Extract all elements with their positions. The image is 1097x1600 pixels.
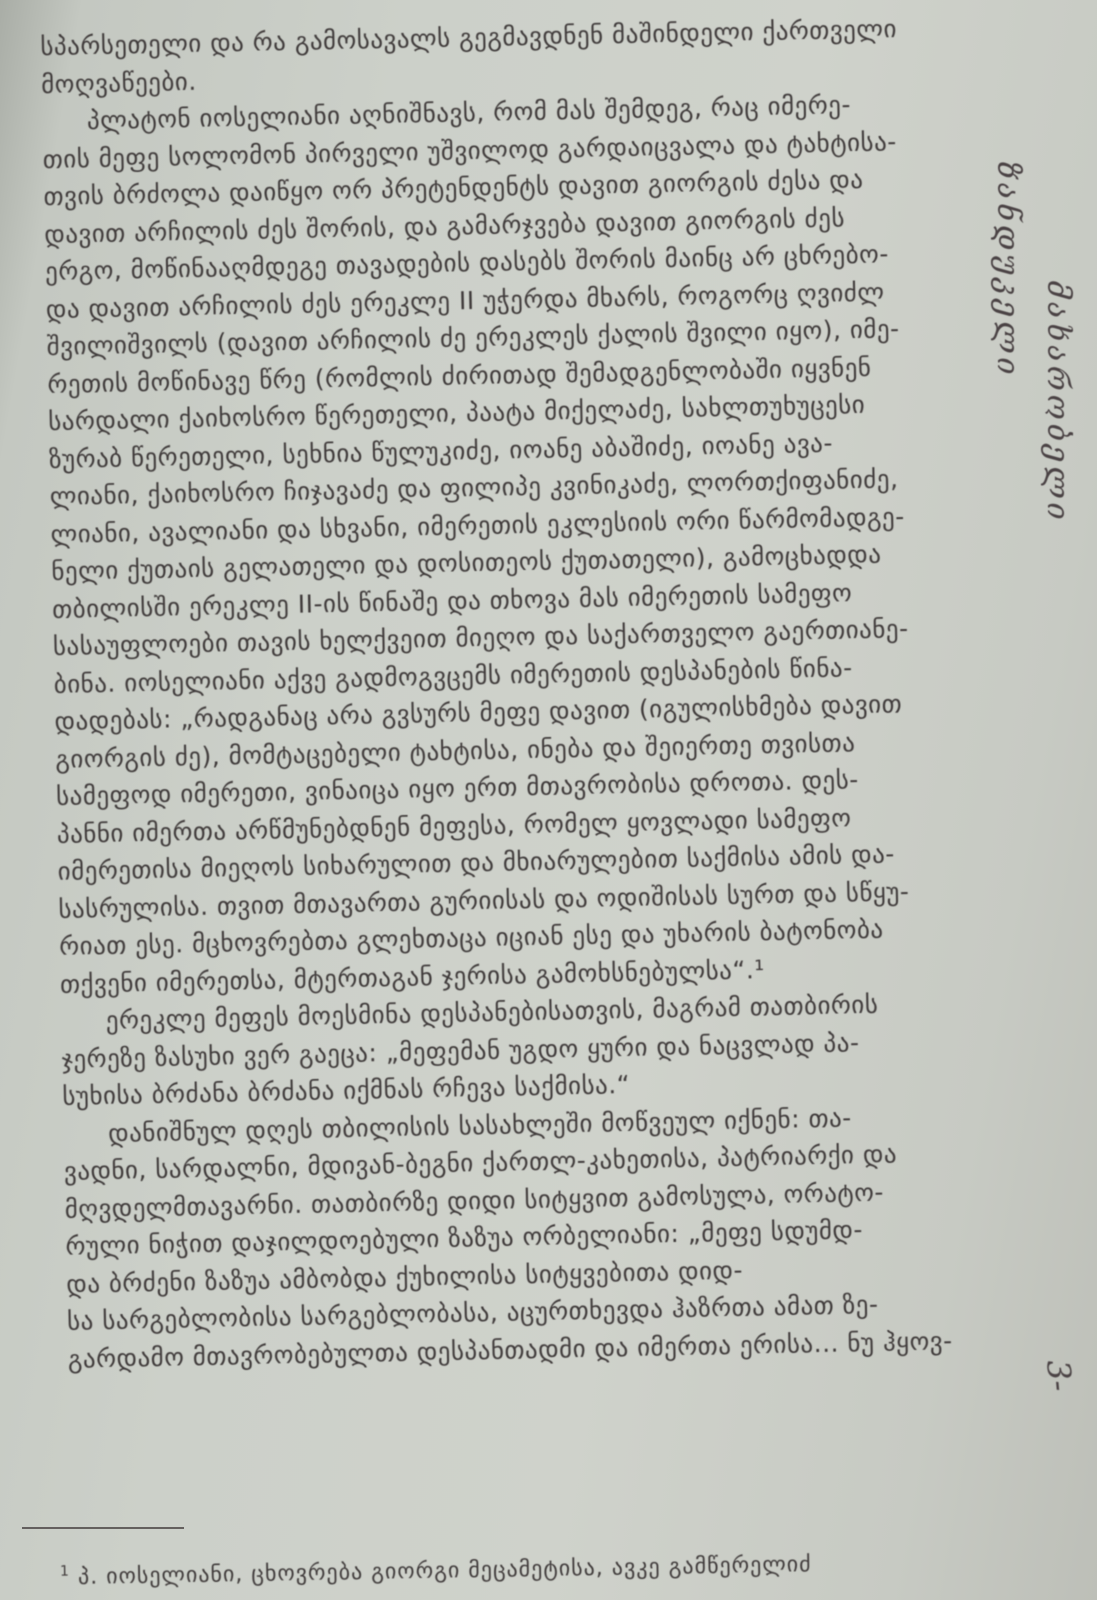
document-page: სპარსეთელი და რა გამოსავალს გეგმავდნენ მ… — [0, 0, 1097, 1600]
body-text: სპარსეთელი და რა გამოსავალს გეგმავდნენ მ… — [40, 9, 998, 1378]
footnote-divider — [22, 1527, 184, 1529]
margin-handwritten-note-3: 3- — [1039, 1358, 1080, 1392]
margin-handwritten-note-2: მახარობელი — [1040, 280, 1075, 524]
footnote-text: პ. იოსელიანი, ცხოვრება გიორგი მეცამეტისა… — [78, 1552, 812, 1590]
footnote-marker: 1 — [60, 1564, 70, 1580]
margin-handwritten-note-1: ზანდუკელი — [990, 160, 1025, 378]
footnote: 1 პ. იოსელიანი, ცხოვრება გიორგი მეცამეტი… — [60, 1546, 1060, 1590]
